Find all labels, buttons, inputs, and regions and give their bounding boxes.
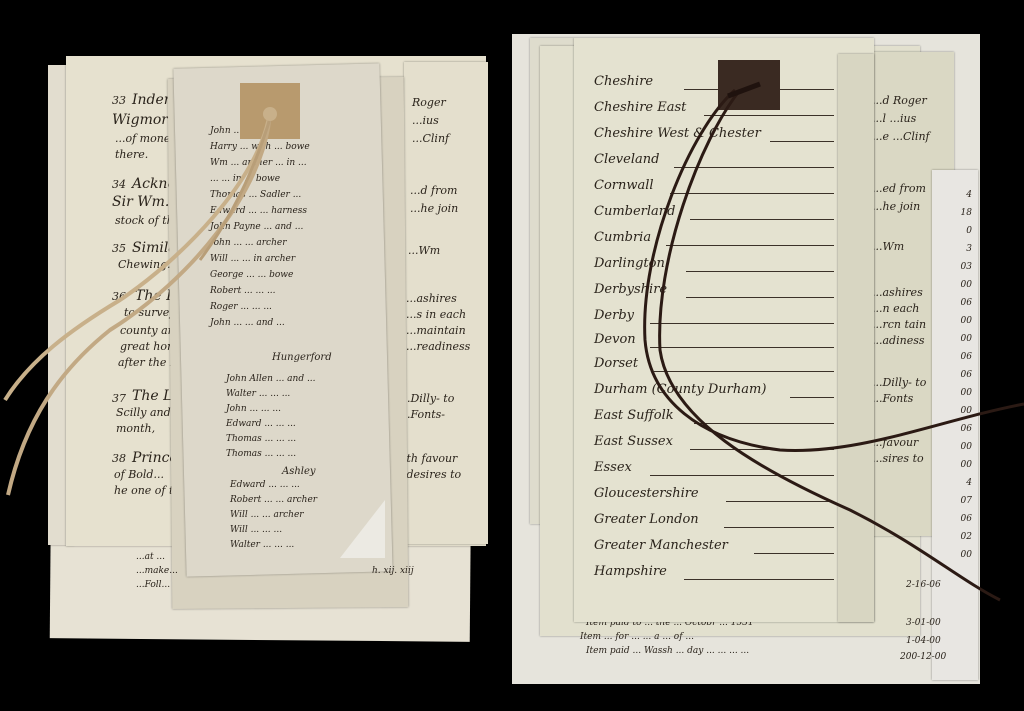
- cord-icon: [0, 0, 1024, 711]
